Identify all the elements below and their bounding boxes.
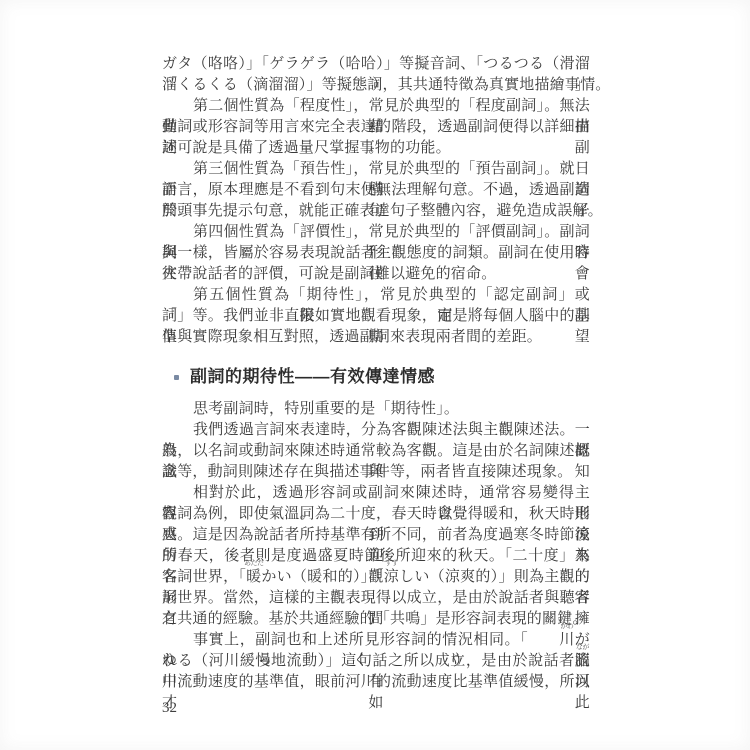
furigana-text: かわ (529, 623, 573, 630)
furigana-text: あたた (244, 560, 264, 567)
ruby-annotated-char: 暖あたた (246, 567, 261, 588)
ruby-annotated-char: 流なが (544, 651, 590, 672)
page-number: 32 (162, 700, 177, 717)
book-page: ガタ（咯咯）」「ゲラゲラ（哈哈）」等擬音詞、「つるつる（滑溜溜）」「くるくる（滴… (0, 0, 750, 750)
text-line: 第五個性質為「期待性」，常見於典型的「認定副詞」或「限定副 (162, 285, 590, 306)
furigana-text: すず (385, 560, 398, 567)
text-line: 的春天，後者則是度過盛夏時節後所迎來的秋天。「二十度」為客觀的 (162, 546, 590, 567)
text-line: 開頭事先提示句意，就能正確表達句子整體內容，避免造成誤解。 (162, 201, 590, 222)
text-line: 事實上，副詞也和上述所見形容詞的情況相同。「川かわがゆっくり流なが (162, 630, 590, 651)
text-line: 川流動速度的基準值，眼前河川的流動速度比基準值緩慢，所以才如此 (162, 672, 590, 693)
section-heading: 副詞的期待性——有效傳達情感 (190, 365, 435, 389)
text-line: 名詞世界，「暖あたたかい（暖和的）」「涼すずしい（涼爽的）」則為主觀的形容 (162, 567, 590, 588)
text-line: 詞」等。我們並非直接如實地觀看現象，而是將每個人腦中的基準期望 (162, 306, 590, 327)
text-line: 爽。這是因為說話者所持基準有所不同，前者為度過寒冬時節後所迎來 (162, 525, 590, 546)
text-line: 有共通的經驗。基於共通經驗的「共鳴」是形容詞表現的關鍵。 (162, 609, 590, 630)
text-line: 容詞為例，即使氣溫同為二十度，春天時會覺得暖和，秋天時則感到涼 (162, 504, 590, 525)
ruby-annotated-char: 涼すず (384, 567, 399, 588)
text-line: 相對於此，透過形容詞或副詞來陳述時，通常容易變得主觀。以形 (162, 483, 590, 504)
text-line: 動詞或形容詞等用言來完全表達的階段，透過副詞便得以詳細描述。副 (162, 117, 590, 138)
text-line: 為，以名詞或動詞來陳述時通常較為客觀。這是由於名詞陳述概念與知 (162, 441, 590, 462)
furigana-text: なが (545, 644, 589, 651)
text-line: 值與實際現象相互對照，透過副詞來表現兩者間的差距。 (162, 327, 590, 348)
text-line: 我們透過言詞來表達時，分為客觀陳述法與主觀陳述法。一般認 (162, 420, 590, 441)
text-line: 詞一樣，皆屬於容易表現說話者主觀態度的詞類。副詞在使用時往往會 (162, 243, 590, 264)
text-line: 第二個性質為「程度性」，常見於典型的「程度副詞」。無法僅藉由 (162, 96, 590, 117)
text-line: 第四個性質為「評價性」，常見於典型的「評價副詞」。副詞與形容 (162, 222, 590, 243)
text-line: 思考副詞時，特別重要的是「期待性」。 (162, 399, 590, 420)
heading-bullet-icon (174, 375, 179, 380)
text-block: ガタ（咯咯）」「ゲラゲラ（哈哈）」等擬音詞、「つるつる（滑溜溜）」「くるくる（滴… (162, 54, 590, 693)
section-heading-row: 副詞的期待性——有效傳達情感 (162, 365, 590, 389)
text-line: 詞世界。當然，這樣的主觀表現得以成立，是由於說話者與聽者之間擁 (162, 588, 590, 609)
text-line: ガタ（咯咯）」「ゲラゲラ（哈哈）」等擬音詞、「つるつる（滑溜溜）」 (162, 54, 590, 75)
text-line: 第三個性質為「預告性」，常見於典型的「預告副詞」。就日語構造 (162, 159, 590, 180)
text-line: れる（河川緩慢地流動）」這句話之所以成立，是由於說話者腦中有河 (162, 651, 590, 672)
text-line: 「くるくる（滴溜溜）」等擬態詞，其共通特徵為真實地描繪事情。 (162, 75, 590, 96)
text-line: 識等，動詞則陳述存在與描述事件等，兩者皆直接陳述現象。 (162, 462, 590, 483)
text-line: 而言，原本理應是不看到句末便無法理解句意。不過，透過副詞於句子 (162, 180, 590, 201)
